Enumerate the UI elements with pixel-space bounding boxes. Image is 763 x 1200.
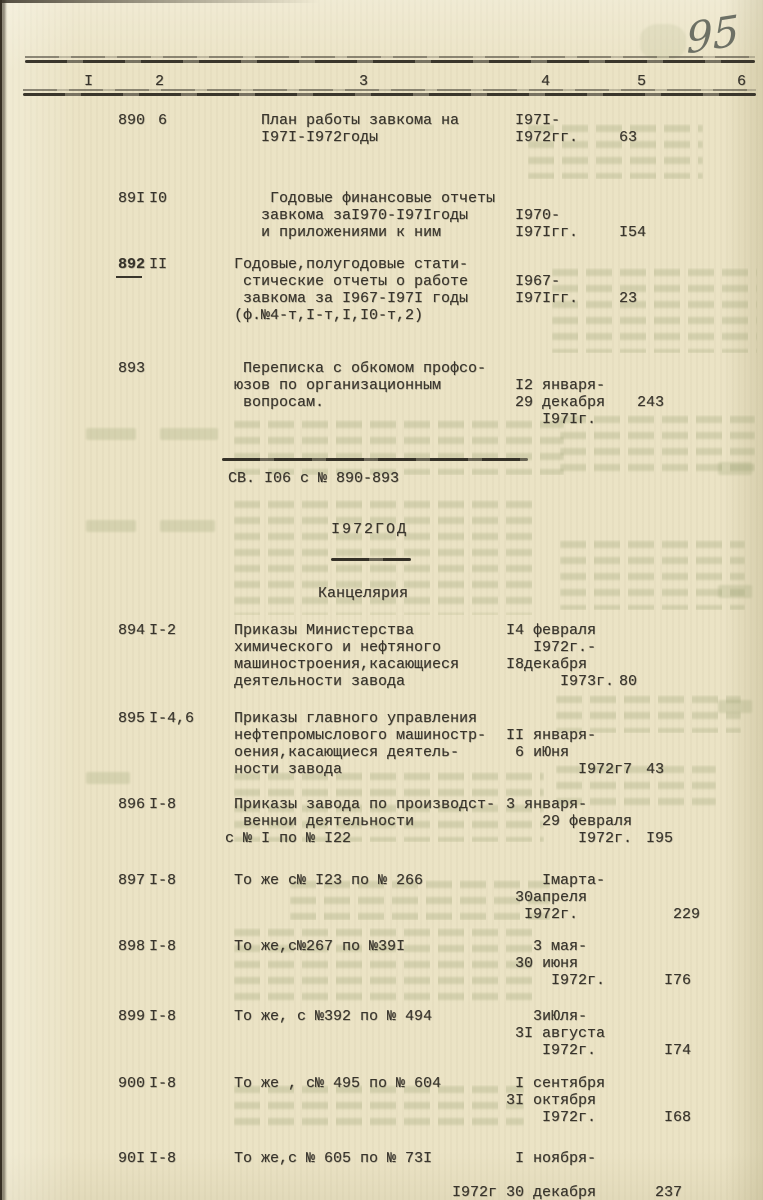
top-horizontal-rule <box>25 56 755 63</box>
entry-code: I-2 <box>149 622 176 639</box>
entry-pages: 243 <box>610 360 664 411</box>
entry-row: 893 Переписка с обкомом профсо- юзов по … <box>0 360 763 361</box>
bleed-through-text <box>718 462 752 475</box>
year-underline-rule <box>331 558 411 561</box>
entry-description: То же,с № 605 по № 73I <box>225 1150 432 1167</box>
department-heading: Канцелярия <box>318 585 408 602</box>
bleed-through-text <box>560 540 745 610</box>
entry-dates: 3 мая- 30 июня I972г. <box>452 938 605 989</box>
entry-row: 90I I-8 То же,с № 605 по № 73I I ноября-… <box>0 1150 763 1151</box>
entry-dates: 3 января- 29 февраля I972г. <box>452 796 632 847</box>
column-label-5: 5 <box>637 73 646 90</box>
entry-row: 898 I-8 То же,с№267 по №39I 3 мая- 30 ию… <box>0 938 763 939</box>
handwritten-page-number: 95 <box>686 10 740 61</box>
column-label-1: I <box>84 73 93 90</box>
entry-dates: I сентября 3I октября I972г. <box>452 1075 605 1126</box>
entry-pages: 43 <box>610 710 664 778</box>
entry-dates: I970- I97Iгг. <box>452 190 578 241</box>
entry-number: 90I <box>118 1150 145 1167</box>
entry-code: I-8 <box>149 938 176 955</box>
paper-edge-top <box>0 0 320 3</box>
entry-description: План работы завкома на I97I-I972годы <box>225 112 459 146</box>
entry-pages: 229 <box>610 872 700 923</box>
bleed-through-text <box>718 700 752 713</box>
entry-dates: Iмарта- 30апреля I972г. <box>452 872 605 923</box>
entry-description: То же , с№ 495 по № 604 <box>225 1075 441 1092</box>
bleed-through-text <box>160 520 215 532</box>
entry-number: 896 <box>118 796 145 813</box>
entry-number: 890 <box>118 112 145 129</box>
column-label-6: 6 <box>737 73 746 90</box>
entry-pages: I74 <box>610 1008 691 1059</box>
entry-pages: I95 <box>610 796 673 847</box>
bleed-through-text <box>160 428 218 440</box>
entry-number: 898 <box>118 938 145 955</box>
entry-code: I0 <box>149 190 167 207</box>
entry-code: 6 <box>149 112 167 129</box>
entry-code: I-8 <box>149 1008 176 1025</box>
entry-code: I-4,6 <box>149 710 194 727</box>
entry-code: I-8 <box>149 1075 176 1092</box>
entry-pages: 63 <box>610 112 637 146</box>
paper-edge-left <box>0 0 7 1200</box>
entry-dates: I2 января- 29 декабря I97Iг. <box>452 360 605 428</box>
entry-row: 899 I-8 То же, с №392 по № 494 3иЮля- 3I… <box>0 1008 763 1009</box>
entry-dates: I ноября- I972г 30 декабря <box>452 1150 596 1200</box>
scanned-archive-inventory-page: 95 I 2 3 4 5 6 890 6 План работы завкома… <box>0 0 763 1200</box>
entry-description: Переписка с обкомом профсо- юзов по орга… <box>225 360 486 411</box>
entry-pages: I54 <box>610 190 646 241</box>
entry-number: 895 <box>118 710 145 727</box>
bundle-note: СВ. I06 с № 890-893 <box>228 470 399 487</box>
bleed-through-text <box>718 585 752 598</box>
entry-number: 89I <box>118 190 145 207</box>
entry-number: 900 <box>118 1075 145 1092</box>
entry-row: 892 II Годовые,полугодовые стати- стичес… <box>0 256 763 257</box>
entry-pages: I76 <box>610 938 691 989</box>
entry-row: 895 I-4,6 Приказы главного управления не… <box>0 710 763 711</box>
entry-code: I-8 <box>149 796 176 813</box>
bleed-through-text <box>86 428 136 440</box>
entry-row: 900 I-8 То же , с№ 495 по № 604 I сентяб… <box>0 1075 763 1076</box>
entry-pages: 80 <box>610 622 637 690</box>
bleed-through-text <box>234 420 564 475</box>
separator-rule <box>222 458 528 461</box>
entry-pages: I68 <box>610 1075 691 1126</box>
bleed-through-text <box>86 772 130 784</box>
column-label-2: 2 <box>155 73 164 90</box>
entry-description: То же,с№267 по №39I <box>225 938 405 955</box>
entry-dates: 3иЮля- 3I августа I972г. <box>452 1008 605 1059</box>
entry-row: 897 I-8 То же с№ I23 по № 266 Iмарта- 30… <box>0 872 763 873</box>
entry-description: Приказы главного управления нефтепромысл… <box>225 710 486 778</box>
entry-number: 892 <box>118 256 145 273</box>
bleed-through-text <box>552 268 757 353</box>
entry-code: I-8 <box>149 872 176 889</box>
entry-row: 894 I-2 Приказы Министерства химического… <box>0 622 763 623</box>
column-label-3: 3 <box>359 73 368 90</box>
entry-number: 899 <box>118 1008 145 1025</box>
strike-mark <box>116 276 142 278</box>
entry-description: То же с№ I23 по № 266 <box>225 872 423 889</box>
entry-dates: I4 февраля I972г.- I8декабря I973г. <box>452 622 614 690</box>
bleed-through-text <box>640 24 686 60</box>
entry-number: 897 <box>118 872 145 889</box>
entry-dates: II января- 6 иЮня I972г7 <box>452 710 632 778</box>
column-label-4: 4 <box>541 73 550 90</box>
entry-pages: 237 <box>610 1150 682 1200</box>
entry-row: 890 6 План работы завкома на I97I-I972го… <box>0 112 763 113</box>
entry-description: То же, с №392 по № 494 <box>225 1008 432 1025</box>
entry-pages: 23 <box>610 256 637 307</box>
entry-dates: I967- I97Iгг. <box>452 256 578 307</box>
entry-number: 893 <box>118 360 145 377</box>
entry-dates: I97I- I972гг. <box>452 112 578 146</box>
header-horizontal-rule <box>23 89 756 96</box>
entry-row: 89I I0 Годовые финансовые отчеты завкома… <box>0 190 763 191</box>
entry-description: Приказы Министерства химического и нефтя… <box>225 622 459 690</box>
entry-code: II <box>149 256 167 273</box>
bleed-through-text <box>86 520 136 532</box>
entry-description: Годовые,полугодовые стати- стические отч… <box>225 256 468 324</box>
entry-row: 896 I-8 Приказы завода по производст- ве… <box>0 796 763 797</box>
entry-number: 894 <box>118 622 145 639</box>
year-heading: I972ГОД <box>331 521 408 538</box>
entry-code: I-8 <box>149 1150 176 1167</box>
